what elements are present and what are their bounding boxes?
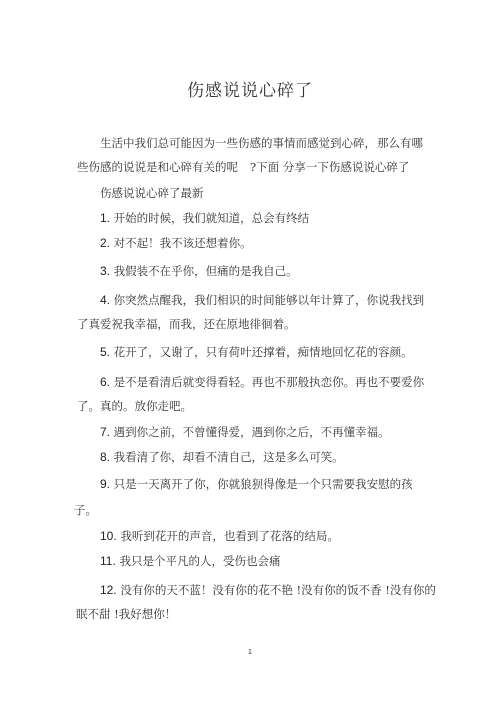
- intro-text-2: 些伤感的说说是和心碎有关的呢: [77, 160, 238, 174]
- list-item: 9. 只是一天离开了你，你就狼狈得像是一个只需要我安慰的孩: [100, 477, 413, 491]
- document-title: 伤感说说心碎了: [0, 76, 500, 101]
- item-text: 是不是看清后就变得看轻。再也不那般执恋你。再也不要爱你: [114, 375, 425, 389]
- list-item: 1. 开始的时候，我们就知道，总会有终结: [100, 211, 309, 225]
- item-text: 我听到花开的声音，也看到了花落的结局。: [120, 529, 339, 543]
- item-text: 我假装不在乎你，但痛的是我自己。: [114, 264, 298, 278]
- list-item-continuation: 眠不甜 !我好想你！: [76, 607, 176, 621]
- item-text: 对不起！我不该还想着你。: [114, 236, 252, 250]
- item-number: 1.: [100, 211, 110, 225]
- item-number: 2.: [100, 236, 110, 250]
- list-item: 2. 对不起！我不该还想着你。: [100, 236, 252, 250]
- item-number: 11.: [100, 554, 116, 568]
- list-item: 8. 我看清了你，却看不清自己，这是多么可笑。: [100, 450, 344, 464]
- item-number: 4.: [100, 293, 110, 307]
- item-number: 7.: [100, 425, 110, 439]
- item-text: 开始的时候，我们就知道，总会有终结: [114, 211, 310, 225]
- item-number: 5.: [100, 345, 110, 359]
- item-number: 3.: [100, 264, 110, 278]
- item-number: 9.: [100, 477, 110, 491]
- list-item: 5. 花开了，又谢了，只有荷叶还撑着，痴情地回忆花的容颜。: [100, 345, 413, 359]
- intro-line-1: 生活中我们总可能因为一些伤感的事情而感觉到心碎，: [100, 136, 376, 150]
- intro-line-2: 些伤感的说说是和心碎有关的呢?下面 分享一下伤感说说心碎了: [77, 160, 409, 174]
- item-number: 12.: [100, 583, 117, 597]
- item-text: 我只是个平凡的人，受伤也会痛: [119, 554, 280, 568]
- list-item: 12. 没有你的天不蓝！没有你的花不艳 !没有你的饭不香 !没有你的: [100, 583, 436, 597]
- intro-text-1: 生活中我们总可能因为一些伤感的事情而感觉到心碎，: [100, 136, 376, 150]
- list-item: 6. 是不是看清后就变得看轻。再也不那般执恋你。再也不要爱你: [100, 375, 424, 389]
- list-item-continuation: 子。: [74, 503, 97, 517]
- list-item-continuation: 了。真的。放你走吧。: [77, 399, 192, 413]
- item-text: 遇到你之前，不曾懂得爱，遇到你之后，不再懂幸福。: [114, 425, 390, 439]
- item-text: 只是一天离开了你，你就狼狈得像是一个只需要我安慰的孩: [114, 477, 413, 491]
- page-number: 1: [0, 649, 500, 656]
- list-item: 4. 你突然点醒我，我们相识的时间能够以年计算了，你说我找到: [100, 293, 424, 307]
- item-number: 8.: [100, 450, 110, 464]
- item-text: 我看清了你，却看不清自己，这是多么可笑。: [114, 450, 344, 464]
- intro-text-2b: ?下面 分享一下伤感说说心碎了: [250, 160, 409, 174]
- item-text: 你突然点醒我，我们相识的时间能够以年计算了，你说我找到: [114, 293, 425, 307]
- list-item: 11. 我只是个平凡的人，受伤也会痛: [100, 554, 280, 568]
- list-item: 7. 遇到你之前，不曾懂得爱，遇到你之后，不再懂幸福。: [100, 425, 390, 439]
- subheading: 伤感说说心碎了最新: [100, 186, 204, 200]
- item-number: 6.: [100, 375, 110, 389]
- intro-line-1b: 那么有哪: [377, 136, 423, 150]
- item-text: 没有你的天不蓝！没有你的花不艳 !没有你的饭不香 !没有你的: [120, 583, 436, 597]
- list-item: 10. 我听到花开的声音，也看到了花落的结局。: [100, 529, 339, 543]
- item-number: 10.: [100, 529, 117, 543]
- list-item: 3. 我假装不在乎你，但痛的是我自己。: [100, 264, 298, 278]
- list-item-continuation: 了真爱祝我幸福，而我，还在原地徘徊着。: [77, 317, 296, 331]
- item-text: 花开了，又谢了，只有荷叶还撑着，痴情地回忆花的容颜。: [114, 345, 413, 359]
- document-page: 伤感说说心碎了 生活中我们总可能因为一些伤感的事情而感觉到心碎， 那么有哪 些伤…: [0, 0, 500, 707]
